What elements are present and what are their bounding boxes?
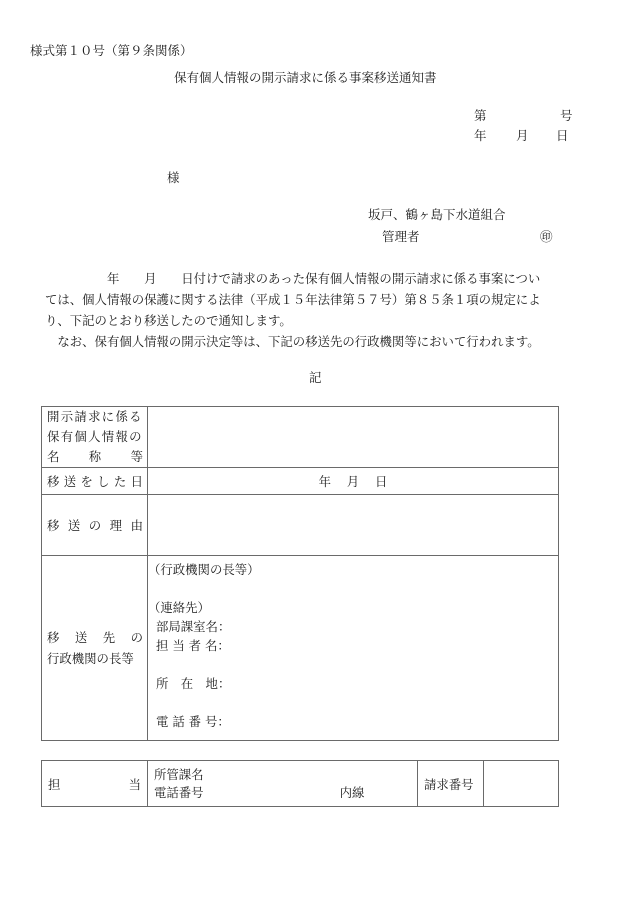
label-char: し [97,472,109,490]
table-row-info-name: 開示請求に係る 保有個人情報の 名 称 等 [42,407,559,468]
body-line: り、下記のとおり移送したので通知します。 [45,310,585,331]
label-char: 由 [131,516,143,534]
request-number-label: 請求番号 [418,761,484,807]
address-label: 所 在 地： [148,674,558,693]
label-char: 先 [103,627,115,648]
transfer-details-table: 開示請求に係る 保有個人情報の 名 称 等 移 送 を し た 日 年 月 [41,406,559,741]
body-line: ては、個人情報の保護に関する法律（平成１５年法律第５７号）第８５条１項の規定によ [45,289,585,310]
section-label: 所管課名 [154,766,417,784]
addressee-suffix: 様 [167,172,180,185]
table-row-destination: 移 送 先 の 行政機関の長等 （行政機関の長等） （連絡先） 部局課室名： 担… [42,556,559,741]
label-char: 名 [47,447,59,467]
phone-label: 電話番号 [154,784,204,802]
department-label: 部局課室名： [148,617,558,636]
transfer-date-field[interactable]: 年 月 日 [148,468,559,495]
transfer-reason-field[interactable] [148,495,559,556]
label-char: を [80,472,92,490]
date-month-label: 月 [516,130,529,143]
row-label: 移 送 の 理 由 [42,495,148,556]
label-char: の [131,627,143,648]
handler-row: 担 当 所管課名 電話番号 内線 請求番号 [42,761,559,807]
doc-number-suffix: 号 [560,110,573,123]
seal-icon: ㊞ [540,231,553,244]
person-in-charge-label: 担 当 者 名： [148,636,558,655]
label-char: 送 [64,472,76,490]
label-char: 日 [131,472,143,490]
label-line: 開示請求に係る [47,407,147,427]
label-char: 移 [47,472,59,490]
label-char: 担 [48,775,60,793]
date-month: 月 [347,474,359,489]
table-row-transfer-reason: 移 送 の 理 由 [42,495,559,556]
label-char: 当 [129,775,141,793]
document-title: 保有個人情報の開示請求に係る事案移送通知書 [174,72,437,85]
head-of-agency-label: （行政機関の長等） [148,560,558,579]
destination-field[interactable]: （行政機関の長等） （連絡先） 部局課室名： 担 当 者 名： 所 在 地： 電… [148,556,559,741]
label-char: 等 [131,447,143,467]
notice-body: 年 月 日付けで請求のあった保有個人情報の開示請求に係る事案につい ては、個人情… [45,268,585,352]
handler-table: 担 当 所管課名 電話番号 内線 請求番号 [41,760,559,807]
row-label: 移 送 先 の 行政機関の長等 [42,556,148,741]
label-char: 移 [47,627,59,648]
info-name-field[interactable] [148,407,559,468]
label-char: 称 [89,447,101,467]
label-line: 保有個人情報の [47,427,147,447]
date-year-label: 年 [474,130,487,143]
label-char: 理 [110,516,122,534]
handler-info-field[interactable]: 所管課名 電話番号 内線 [148,761,418,807]
label-char: 送 [75,627,87,648]
doc-number-prefix: 第 [474,110,487,123]
form-number: 様式第１０号（第９条関係） [30,45,193,58]
row-label: 開示請求に係る 保有個人情報の 名 称 等 [42,407,148,468]
label-char: の [89,516,101,534]
request-number-field[interactable] [484,761,559,807]
date-day: 日 [375,474,387,489]
contact-heading: （連絡先） [148,598,558,617]
table-row-transfer-date: 移 送 を し た 日 年 月 日 [42,468,559,495]
handler-label: 担 当 [42,761,148,807]
date-year: 年 [319,474,331,489]
label-char: 移 [47,516,59,534]
extension-label: 内線 [340,784,365,802]
row-label: 移 送 を し た 日 [42,468,148,495]
body-line: なお、保有個人情報の開示決定等は、下記の移送先の行政機関等において行われます。 [45,331,585,352]
sender-organization: 坂戸、鶴ヶ島下水道組合 [368,209,506,222]
sender-title: 管理者 [382,231,420,244]
phone-label: 電 話 番 号： [148,712,558,731]
label-char: た [114,472,126,490]
label-line: 行政機関の長等 [42,648,147,669]
date-day-label: 日 [556,130,569,143]
body-line: 年 月 日付けで請求のあった保有個人情報の開示請求に係る事案につい [45,268,585,289]
label-char: 送 [68,516,80,534]
ki-heading: 記 [309,372,322,385]
